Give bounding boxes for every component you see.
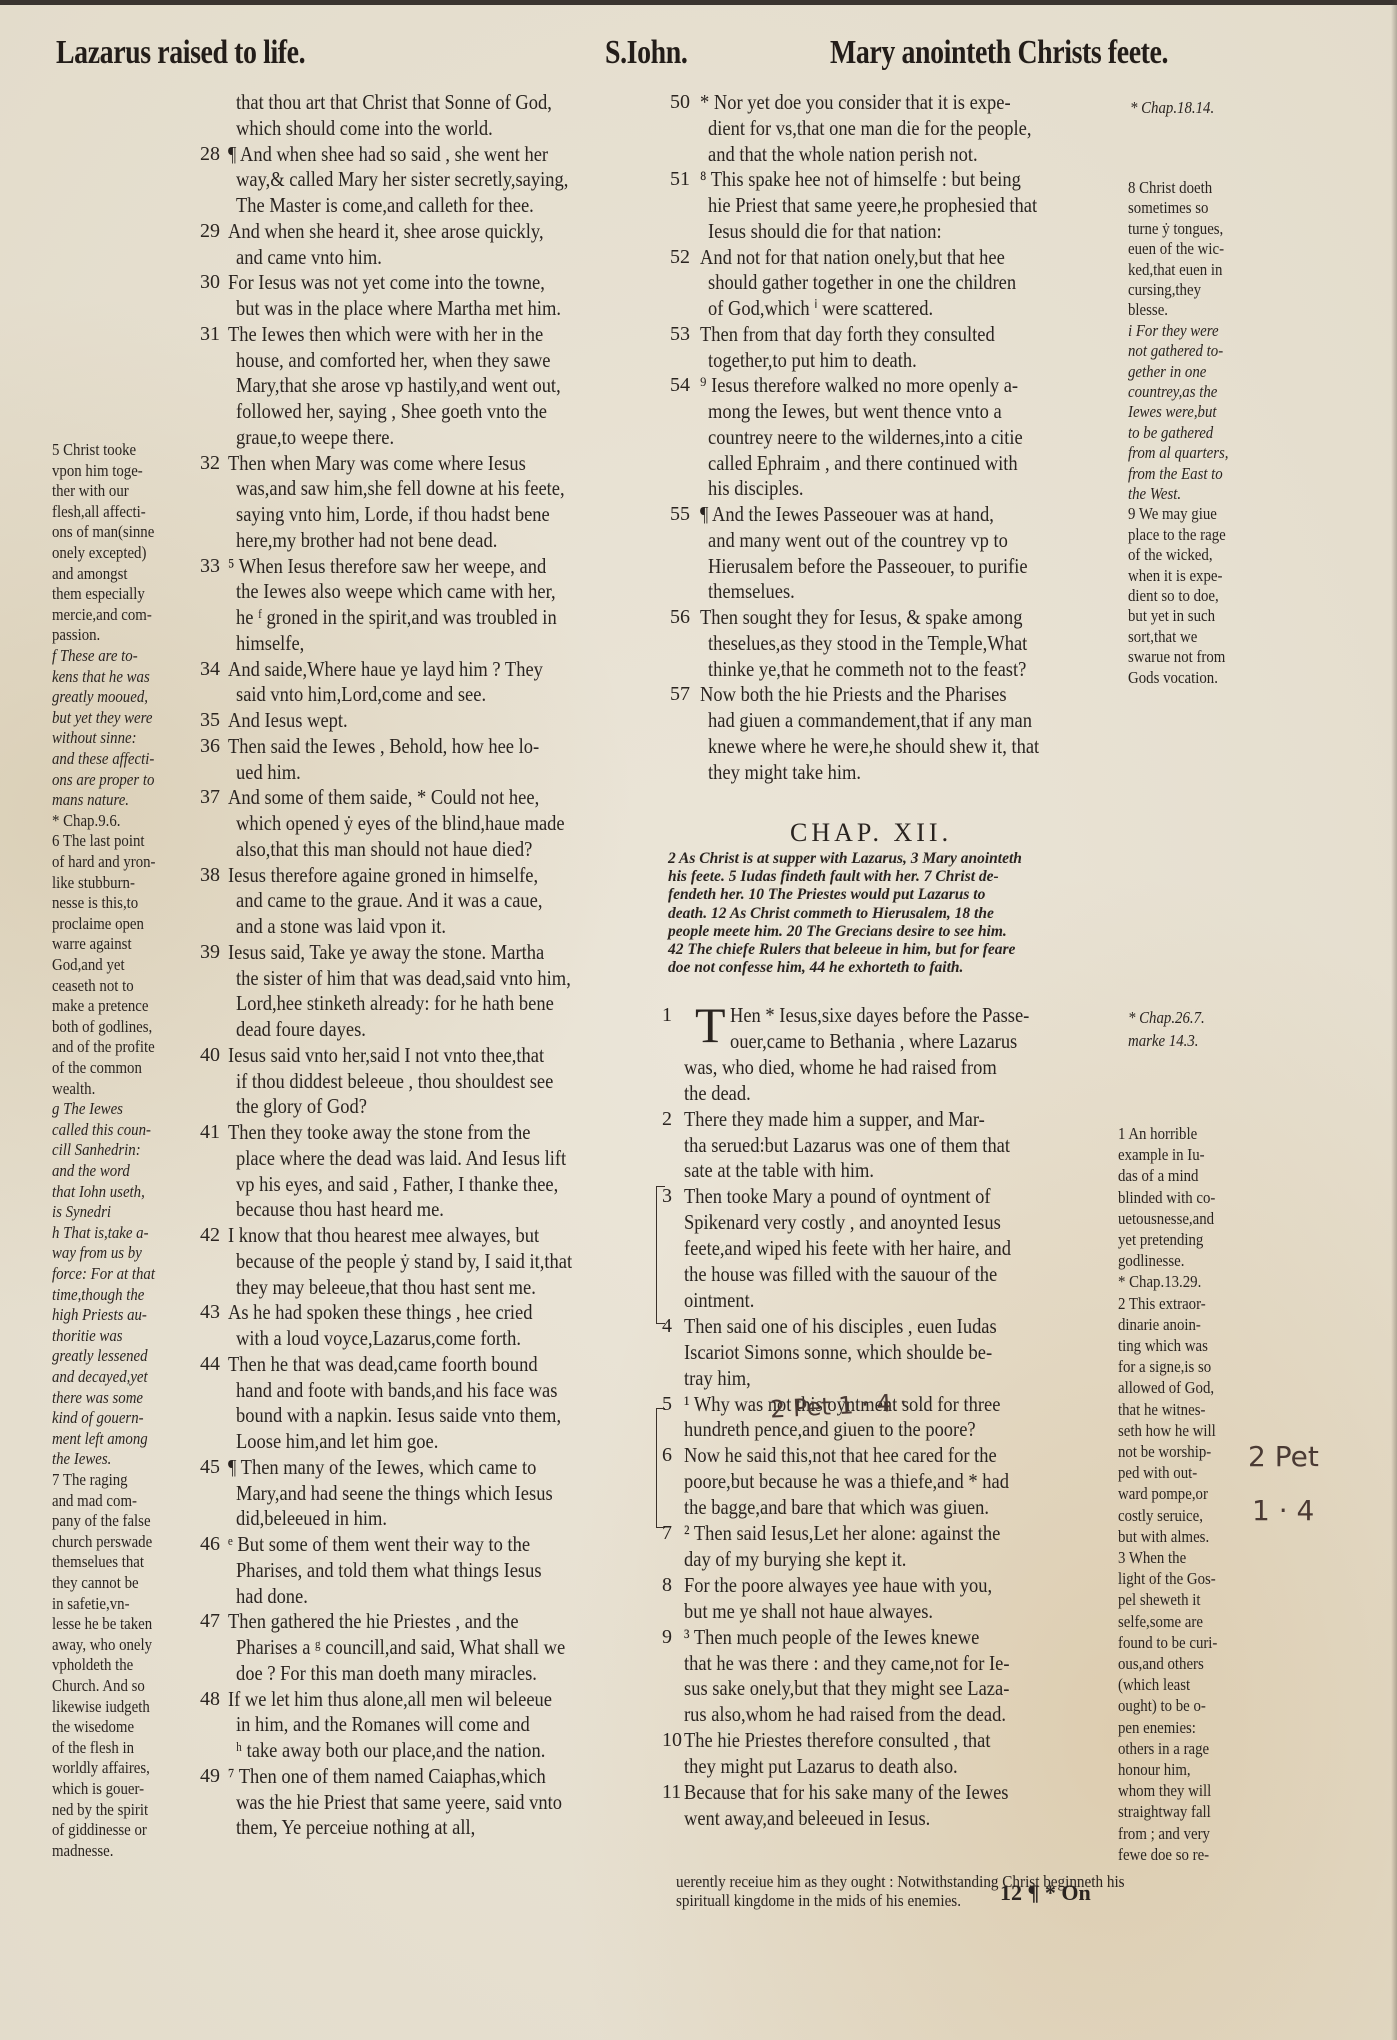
left-margin-note-line: pany of the false xyxy=(52,1511,151,1530)
verse-number: 49 xyxy=(200,1764,220,1788)
left-margin-note-line: and these affecti- xyxy=(52,749,154,768)
left-margin-note-line: greatly mooued, xyxy=(52,687,148,706)
right-margin-note-line: 8 Christ doeth xyxy=(1128,178,1212,197)
left-margin-note-line: them especially xyxy=(52,584,145,603)
right-margin-note-line: Iewes were,but xyxy=(1128,402,1217,421)
right-margin-note-line: sort,that we xyxy=(1128,627,1197,646)
verse-line: way,& called Mary her sister secretly,sa… xyxy=(236,167,568,191)
left-margin-note-line: that Iohn useth, xyxy=(52,1182,145,1201)
verse-line: There they made him a supper, and Mar- xyxy=(684,1107,985,1131)
verse-line: I know that thou hearest mee alwayes, bu… xyxy=(228,1223,539,1247)
verse-line: but was in the place where Martha met hi… xyxy=(236,296,561,320)
verse-number: 42 xyxy=(200,1223,220,1247)
argument-line: 42 The chiefe Rulers that beleeue in him… xyxy=(668,941,1015,959)
right-margin-note-line: * Chap.13.29. xyxy=(1118,1272,1201,1291)
verse-line: Pharises a ᵍ councill,and said, What sha… xyxy=(236,1635,565,1659)
verse-line: ᵉ But some of them went their way to the xyxy=(228,1532,530,1556)
verse-number: 2 xyxy=(662,1107,672,1131)
right-margin-note-line: i For they were xyxy=(1128,321,1219,340)
right-margin-note-line: place to the rage xyxy=(1128,525,1226,544)
verse-line: ² Then said Iesus,Let her alone: against… xyxy=(684,1521,1000,1545)
verse-line: Iscariot Simons sonne, which shoulde be- xyxy=(684,1340,992,1364)
running-header-center: S.Iohn. xyxy=(605,34,687,72)
verse-line: hie Priest that same yeere,he prophesied… xyxy=(708,193,1037,217)
left-margin-note-line: nesse is this,to xyxy=(52,893,138,912)
left-margin-note-line: cill Sanhedrin: xyxy=(52,1140,141,1159)
verse-number: 46 xyxy=(200,1532,220,1556)
verse-line: feete,and wiped his feete with her haire… xyxy=(684,1236,1011,1260)
right-margin-note-line: turne ẏ tongues, xyxy=(1128,219,1223,238)
verse-line: Then gathered the hie Priestes , and the xyxy=(228,1609,519,1633)
left-margin-note-line: both of godlines, xyxy=(52,1017,152,1036)
argument-line: his feete. 5 Iudas findeth fault with he… xyxy=(668,868,999,886)
left-margin-note-line: ment left among xyxy=(52,1429,148,1448)
verse-line: ¶ And when shee had so said , she went h… xyxy=(228,142,548,166)
verse-number: 43 xyxy=(200,1300,220,1324)
verse-line: had done. xyxy=(236,1584,308,1608)
verse-line: he ᶠ groned in the spirit,and was troubl… xyxy=(236,605,557,629)
verse-line: rus also,whom he had raised from the dea… xyxy=(684,1702,1006,1726)
verse-number: 44 xyxy=(200,1352,220,1376)
verse-line: also,that this man should not haue died? xyxy=(236,837,532,861)
verse-line: his disciples. xyxy=(708,476,804,500)
left-margin-note-line: f These are to- xyxy=(52,646,138,665)
right-margin-note-line: when it is expe- xyxy=(1128,566,1222,585)
left-margin-note-line: of giddinesse or xyxy=(52,1820,147,1839)
verse-line: For the poore alwayes yee haue with you, xyxy=(684,1573,992,1597)
argument-line: doe not confesse him, 44 he exhorteth to… xyxy=(668,959,963,977)
verse-line: Iesus should die for that nation: xyxy=(708,219,942,243)
left-margin-note-line: passion. xyxy=(52,625,100,644)
left-margin-note-line: kens that he was xyxy=(52,667,150,686)
left-margin-note-line: of the common xyxy=(52,1058,142,1077)
left-margin-note-line: greatly lessened xyxy=(52,1346,148,1365)
verse-line: * Nor yet doe you consider that it is ex… xyxy=(700,90,1011,114)
right-margin-note-line: pen enemies: xyxy=(1118,1718,1196,1737)
right-margin-note-line: costly seruice, xyxy=(1118,1506,1203,1525)
verse-line: ouer,came to Bethania , where Lazarus xyxy=(730,1029,1017,1053)
right-margin-note-line: whom they will xyxy=(1118,1781,1211,1800)
verse-number: 31 xyxy=(200,322,220,346)
left-margin-note-line: g The Iewes xyxy=(52,1099,123,1118)
right-margin-note-line: uetousnesse,and xyxy=(1118,1209,1214,1228)
verse-line: the sister of him that was dead,said vnt… xyxy=(236,966,571,990)
right-margin-note-line: ous,and others xyxy=(1118,1654,1204,1673)
verse-line: saying vnto him, Lorde, if thou hadst be… xyxy=(236,502,550,526)
right-margin-note-line: 2 This extraor- xyxy=(1118,1294,1206,1313)
verse-number: 28 xyxy=(200,142,220,166)
chapter-title: CHAP. XII. xyxy=(790,818,952,848)
left-margin-note-line: h That is,take a- xyxy=(52,1223,149,1242)
running-header-left: Lazarus raised to life. xyxy=(56,34,305,72)
left-margin-note-line: lesse he be taken xyxy=(52,1614,152,1633)
left-margin-note-line: of hard and yron- xyxy=(52,852,156,871)
verse-line: Pharises, and told them what things Iesu… xyxy=(236,1558,542,1582)
verse-line: Hen * Iesus,sixe dayes before the Passe- xyxy=(730,1003,1029,1027)
verse-number: 48 xyxy=(200,1687,220,1711)
right-margin-note-line: * Chap.18.14. xyxy=(1130,98,1214,117)
left-margin-note-line: mans nature. xyxy=(52,790,129,809)
running-header-right: Mary anointeth Christs feete. xyxy=(830,34,1168,72)
verse-number: 1 xyxy=(662,1003,672,1027)
verse-line: which opened ẏ eyes of the blind,haue ma… xyxy=(236,811,565,835)
left-margin-note-line: kind of gouern- xyxy=(52,1408,144,1427)
verse-number: 32 xyxy=(200,451,220,475)
verse-line: was,and saw him,she fell downe at his fe… xyxy=(236,476,565,500)
verse-line: the dead. xyxy=(684,1081,751,1105)
verse-line: Hierusalem before the Passeouer, to puri… xyxy=(708,554,1028,578)
verse-line: them, Ye perceiue nothing at all, xyxy=(236,1815,475,1839)
right-margin-note-line: but with almes. xyxy=(1118,1527,1209,1546)
argument-line: death. 12 As Christ commeth to Hierusale… xyxy=(668,905,994,923)
left-margin-note-line: there was some xyxy=(52,1388,143,1407)
left-margin-note-line: ons are proper to xyxy=(52,770,154,789)
right-margin-note-line: from al quarters, xyxy=(1128,443,1229,462)
left-margin-note-line: ther with our xyxy=(52,481,129,500)
left-margin-note-line: and mad com- xyxy=(52,1491,137,1510)
verse-number: 53 xyxy=(670,322,690,346)
verse-line: the Iewes also weepe which came with her… xyxy=(236,579,556,603)
left-margin-note-line: force: For at that xyxy=(52,1264,155,1283)
verse-line: Now he said this,not that hee cared for … xyxy=(684,1443,997,1467)
right-margin-note-line: godlinesse. xyxy=(1118,1251,1184,1270)
verse-line: was the hie Priest that same yeere, said… xyxy=(236,1790,562,1814)
left-margin-note-line: high Priests au- xyxy=(52,1305,147,1324)
verse-line: and came to the graue. And it was a caue… xyxy=(236,888,543,912)
left-margin-note-line: like stubburn- xyxy=(52,873,135,892)
right-margin-note-line: swarue not from xyxy=(1128,647,1225,666)
verse-line: Then tooke Mary a pound of oyntment of xyxy=(684,1184,991,1208)
left-margin-note-line: wealth. xyxy=(52,1079,95,1098)
verse-line: because of the people ẏ stand by, I said… xyxy=(236,1249,572,1273)
verse-line: The Master is come,and calleth for thee. xyxy=(236,193,534,217)
verse-number: 39 xyxy=(200,940,220,964)
right-margin-note-line: yet pretending xyxy=(1118,1230,1203,1249)
verse-line: Iesus said, Take ye away the stone. Mart… xyxy=(228,940,544,964)
verse-line: dead foure dayes. xyxy=(236,1017,366,1041)
verse-line: with a loud voyce,Lazarus,come forth. xyxy=(236,1326,521,1350)
verse-line: they might put Lazarus to death also. xyxy=(684,1754,958,1778)
right-margin-note-line: pel sheweth it xyxy=(1118,1590,1200,1609)
right-margin-note-line: fewe doe so re- xyxy=(1118,1845,1209,1864)
right-margin-note-line: seth how he will xyxy=(1118,1421,1216,1440)
verse-line: And when she heard it, shee arose quickl… xyxy=(228,219,544,243)
left-margin-note-line: and decayed,yet xyxy=(52,1367,148,1386)
handwritten-annotation-margin-bottom: 1 · 4 xyxy=(1252,1494,1314,1527)
argument-line: fendeth her. 10 The Priestes would put L… xyxy=(668,886,985,904)
verse-line: themselues. xyxy=(708,579,795,603)
right-margin-note-line: others in a rage xyxy=(1118,1739,1209,1758)
verse-line: Lord,hee stinketh already: for he hath b… xyxy=(236,991,554,1015)
verse-number: 33 xyxy=(200,554,220,578)
right-margin-note-line: marke 14.3. xyxy=(1128,1031,1199,1050)
footer-line: spirituall kingdome in the mids of his e… xyxy=(676,1891,961,1910)
verse-line: and many went out of the countrey vp to xyxy=(708,528,1008,552)
verse-number: 56 xyxy=(670,605,690,629)
left-margin-note-line: themselues that xyxy=(52,1552,144,1571)
verse-number: 54 xyxy=(670,373,690,397)
verse-line: As he had spoken these things , hee crie… xyxy=(228,1300,532,1324)
verse-line: Then sought they for Iesus, & spake amon… xyxy=(700,605,1022,629)
verse-line: And not for that nation onely,but that h… xyxy=(700,245,1005,269)
left-margin-note-line: madnesse. xyxy=(52,1841,113,1860)
verse-number: 11 xyxy=(662,1780,681,1804)
verse-line: theselues,as they stood in the Temple,Wh… xyxy=(708,631,1027,655)
verse-line: Then from that day forth they consulted xyxy=(700,322,995,346)
left-margin-note-line: ons of man(sinne xyxy=(52,522,154,541)
right-margin-note-line: selfe,some are xyxy=(1118,1612,1203,1631)
catchword: 12 ¶ * On xyxy=(1000,1880,1091,1906)
left-margin-note-line: they cannot be xyxy=(52,1573,139,1592)
verse-line: that thou art that Christ that Sonne of … xyxy=(236,90,552,114)
verse-line: was, who died, whome he had raised from xyxy=(684,1055,997,1079)
verse-line: had giuen a commandement,that if any man xyxy=(708,708,1032,732)
verse-number: 35 xyxy=(200,708,220,732)
right-margin-note-line: but yet in such xyxy=(1128,606,1215,625)
verse-line: of God,which ⁱ were scattered. xyxy=(708,296,933,320)
left-margin-note-line: without sinne: xyxy=(52,728,137,747)
verse-line: because thou hast heard me. xyxy=(236,1197,444,1221)
right-margin-note-line: euen of the wic- xyxy=(1128,239,1224,258)
verse-number: 9 xyxy=(662,1625,672,1649)
verse-line: ʰ take away both our place,and the natio… xyxy=(236,1738,545,1762)
verse-line: ³ Then much people of the Iewes knewe xyxy=(684,1625,979,1649)
verse-line: and came vnto him. xyxy=(236,245,382,269)
left-margin-note-line: is Synedri xyxy=(52,1202,111,1221)
right-margin-note-line: not gathered to- xyxy=(1128,341,1223,360)
page-right-edge xyxy=(1391,0,1397,2040)
left-margin-note-line: and amongst xyxy=(52,564,127,583)
right-margin-note-line: that he witnes- xyxy=(1118,1400,1205,1419)
verse-line: And some of them saide, * Could not hee, xyxy=(228,785,539,809)
right-margin-note-line: found to be curi- xyxy=(1118,1633,1217,1652)
verse-line: day of my burying she kept it. xyxy=(684,1547,906,1571)
verse-line: Iesus said vnto her,said I not vnto thee… xyxy=(228,1043,544,1067)
verse-line: The hie Priestes therefore consulted , t… xyxy=(684,1728,991,1752)
left-margin-note-line: but yet they were xyxy=(52,708,152,727)
left-margin-note-line: 5 Christ tooke xyxy=(52,440,136,459)
verse-line: And Iesus wept. xyxy=(228,708,348,732)
right-margin-note-line: from the East to xyxy=(1128,464,1223,483)
bracket-verses-5-6 xyxy=(656,1408,665,1528)
verse-line: the house was filled with the sauour of … xyxy=(684,1262,997,1286)
verse-line: Then said one of his disciples , euen Iu… xyxy=(684,1314,997,1338)
verse-line: and a stone was laid vpon it. xyxy=(236,914,446,938)
verse-line: Then said the Iewes , Behold, how hee lo… xyxy=(228,734,539,758)
left-margin-note-line: vpon him toge- xyxy=(52,461,143,480)
verse-number: 51 xyxy=(670,167,690,191)
verse-line: went away,and beleeued in Iesus. xyxy=(684,1806,930,1830)
verse-line: but me ye shall not haue alwayes. xyxy=(684,1599,933,1623)
bracket-verse-3 xyxy=(656,1186,665,1324)
verse-line: in him, and the Romanes will come and xyxy=(236,1712,530,1736)
right-margin-note-line: * Chap.26.7. xyxy=(1128,1008,1205,1027)
left-margin-note-line: and the word xyxy=(52,1161,130,1180)
verse-line: the bagge,and bare that which was giuen. xyxy=(684,1495,989,1519)
verse-line: himselfe, xyxy=(236,631,304,655)
left-margin-note-line: away, who onely xyxy=(52,1635,152,1654)
right-margin-note-line: dinarie anoin- xyxy=(1118,1315,1201,1334)
verse-line: ¶ Then many of the Iewes, which came to xyxy=(228,1455,536,1479)
verse-line: hand and foote with bands,and his face w… xyxy=(236,1378,557,1402)
right-margin-note-line: ward pompe,or xyxy=(1118,1484,1208,1503)
verse-line: thinke ye,that he commeth not to the fea… xyxy=(708,657,1026,681)
verse-line: called Ephraim , and there continued wit… xyxy=(708,451,1018,475)
right-margin-note-line: blesse. xyxy=(1128,300,1168,319)
verse-line: did,beleeued in him. xyxy=(236,1506,387,1530)
page-top-edge xyxy=(0,0,1397,5)
verse-line: Spikenard very costly , and anoynted Ies… xyxy=(684,1210,1001,1234)
left-margin-note-line: called this coun- xyxy=(52,1120,151,1139)
verse-number: 52 xyxy=(670,245,690,269)
verse-line: Iesus therefore againe groned in himself… xyxy=(228,863,538,887)
verse-line: house, and comforted her, when they sawe xyxy=(236,348,551,372)
verse-line: and that the whole nation perish not. xyxy=(708,142,978,166)
right-margin-note-line: ought) to be o- xyxy=(1118,1696,1206,1715)
verse-line: that he was there : and they came,not fo… xyxy=(684,1651,1009,1675)
left-margin-note-line: the Iewes. xyxy=(52,1449,111,1468)
left-margin-note-line: which is gouer- xyxy=(52,1779,144,1798)
left-margin-note-line: God,and yet xyxy=(52,955,125,974)
right-margin-note-line: cursing,they xyxy=(1128,280,1201,299)
verse-line: ⁹ Iesus therefore walked no more openly … xyxy=(700,373,1018,397)
verse-line: ⁸ This spake hee not of himselfe : but b… xyxy=(700,167,1021,191)
left-margin-note-line: 6 The last point xyxy=(52,831,145,850)
verse-line: if thou diddest beleeue , thou shouldest… xyxy=(236,1069,553,1093)
left-margin-note-line: onely excepted) xyxy=(52,543,146,562)
verse-line: they may beleeue,that thou hast sent me. xyxy=(236,1275,536,1299)
right-margin-note-line: for a signe,is so xyxy=(1118,1357,1211,1376)
right-margin-note-line: of the wicked, xyxy=(1128,545,1213,564)
verse-line: If we let him thus alone,all men wil bel… xyxy=(228,1687,552,1711)
verse-line: here,my brother had not bene dead. xyxy=(236,528,497,552)
right-margin-note-line: gether in one xyxy=(1128,362,1206,381)
right-margin-note-line: ting which was xyxy=(1118,1336,1208,1355)
verse-line: Because that for his sake many of the Ie… xyxy=(684,1780,1008,1804)
verse-number: 30 xyxy=(200,270,220,294)
verse-line: hundreth pence,and giuen to the poore? xyxy=(684,1417,976,1441)
left-margin-note-line: mercie,and com- xyxy=(52,605,152,624)
left-margin-note-line: of the flesh in xyxy=(52,1738,134,1757)
verse-number: 40 xyxy=(200,1043,220,1067)
right-margin-note-line: allowed of God, xyxy=(1118,1378,1214,1397)
verse-line: mong the Iewes, but went thence vnto a xyxy=(708,399,1002,423)
verse-line: should gather together in one the childr… xyxy=(708,270,1016,294)
left-margin-note-line: ned by the spirit xyxy=(52,1800,148,1819)
right-margin-note-line: the West. xyxy=(1128,484,1181,503)
right-margin-note-line: blinded with co- xyxy=(1118,1188,1215,1207)
verse-line: ointment. xyxy=(684,1288,754,1312)
verse-line: Then when Mary was come where Iesus xyxy=(228,451,526,475)
left-margin-note-line: in safetie,vn- xyxy=(52,1594,130,1613)
verse-line: graue,to weepe there. xyxy=(236,425,394,449)
right-margin-note-line: 1 An horrible xyxy=(1118,1124,1197,1143)
verse-number: 38 xyxy=(200,863,220,887)
right-margin-note-line: das of a mind xyxy=(1118,1166,1198,1185)
right-margin-note-line: light of the Gos- xyxy=(1118,1569,1216,1588)
verse-number: 55 xyxy=(670,502,690,526)
left-margin-note-line: * Chap.9.6. xyxy=(52,811,120,830)
verse-line: countrey neere to the wildernes,into a c… xyxy=(708,425,1023,449)
left-margin-note-line: thoritie was xyxy=(52,1326,123,1345)
right-margin-note-line: sometimes so xyxy=(1128,198,1208,217)
verse-line: knewe where he were,he should shew it, t… xyxy=(708,734,1039,758)
right-margin-note-line: ked,that euen in xyxy=(1128,260,1222,279)
verse-number: 10 xyxy=(662,1728,682,1752)
verse-line: poore,but because he was a thiefe,and * … xyxy=(684,1469,1009,1493)
verse-number: 8 xyxy=(662,1573,672,1597)
verse-line: Then they tooke away the stone from the xyxy=(228,1120,530,1144)
right-margin-note-line: Gods vocation. xyxy=(1128,668,1218,687)
verse-line: which should come into the world. xyxy=(236,116,493,140)
right-margin-note-line: dient so to doe, xyxy=(1128,586,1219,605)
left-margin-note-line: ceaseth not to xyxy=(52,976,134,995)
verse-line: ⁷ Then one of them named Caiaphas,which xyxy=(228,1764,546,1788)
verse-line: Now both the hie Priests and the Pharise… xyxy=(700,682,1007,706)
verse-line: sus sake onely,but that they might see L… xyxy=(684,1676,1009,1700)
left-margin-note-line: the wisedome xyxy=(52,1717,134,1736)
verse-line: ued him. xyxy=(236,760,301,784)
left-margin-note-line: make a pretence xyxy=(52,996,148,1015)
left-margin-note-line: way from us by xyxy=(52,1243,142,1262)
verse-line: bound with a napkin. Iesus saide vnto th… xyxy=(236,1403,561,1427)
verse-number: 29 xyxy=(200,219,220,243)
verse-line: sate at the table with him. xyxy=(684,1158,874,1182)
right-margin-note-line: ped with out- xyxy=(1118,1463,1197,1482)
verse-number: 45 xyxy=(200,1455,220,1479)
verse-line: said vnto him,Lord,come and see. xyxy=(236,682,486,706)
verse-number: 34 xyxy=(200,657,220,681)
verse-line: For Iesus was not yet come into the town… xyxy=(228,270,545,294)
verse-line: And saide,Where haue ye layd him ? They xyxy=(228,657,543,681)
drop-cap: T xyxy=(695,1000,726,1050)
verse-number: 47 xyxy=(200,1609,220,1633)
handwritten-annotation-margin-top: 2 Pet xyxy=(1248,1440,1319,1473)
verse-number: 41 xyxy=(200,1120,220,1144)
verse-number: 50 xyxy=(670,90,690,114)
verse-line: vp his eyes, and said , Father, I thanke… xyxy=(236,1172,558,1196)
right-margin-note-line: honour him, xyxy=(1118,1760,1191,1779)
verse-number: 37 xyxy=(200,785,220,809)
verse-line: Then he that was dead,came foorth bound xyxy=(228,1352,538,1376)
left-margin-note-line: time,though the xyxy=(52,1285,144,1304)
verse-line: The Iewes then which were with her in th… xyxy=(228,322,543,346)
right-margin-note-line: example in Iu- xyxy=(1118,1145,1205,1164)
left-margin-note-line: flesh,all affecti- xyxy=(52,502,146,521)
right-margin-note-line: to be gathered xyxy=(1128,423,1213,442)
left-margin-note-line: 7 The raging xyxy=(52,1470,128,1489)
left-margin-note-line: and of the profite xyxy=(52,1037,155,1056)
argument-line: 2 As Christ is at supper with Lazarus, 3… xyxy=(668,850,1022,868)
right-margin-note-line: countrey,as the xyxy=(1128,382,1217,401)
left-margin-note-line: vpholdeth the xyxy=(52,1655,133,1674)
verse-line: ¶ And the Iewes Passeouer was at hand, xyxy=(700,502,994,526)
right-margin-note-line: 9 We may giue xyxy=(1128,504,1217,523)
right-margin-note-line: from ; and very xyxy=(1118,1824,1210,1843)
verse-line: the glory of God? xyxy=(236,1094,367,1118)
verse-line: followed her, saying , Shee goeth vnto t… xyxy=(236,399,547,423)
verse-line: together,to put him to death. xyxy=(708,348,917,372)
verse-line: Loose him,and let him goe. xyxy=(236,1429,438,1453)
argument-line: people meete him. 20 The Grecians desire… xyxy=(668,923,1007,941)
verse-line: tha serued:but Lazarus was one of them t… xyxy=(684,1133,1010,1157)
right-margin-note-line: not be worship- xyxy=(1118,1442,1211,1461)
verse-line: dient for vs,that one man die for the pe… xyxy=(708,116,1031,140)
left-margin-note-line: church perswade xyxy=(52,1532,152,1551)
right-margin-note-line: 3 When the xyxy=(1118,1548,1186,1567)
left-margin-note-line: proclaime open xyxy=(52,914,144,933)
right-margin-note-line: straightway fall xyxy=(1118,1802,1211,1821)
